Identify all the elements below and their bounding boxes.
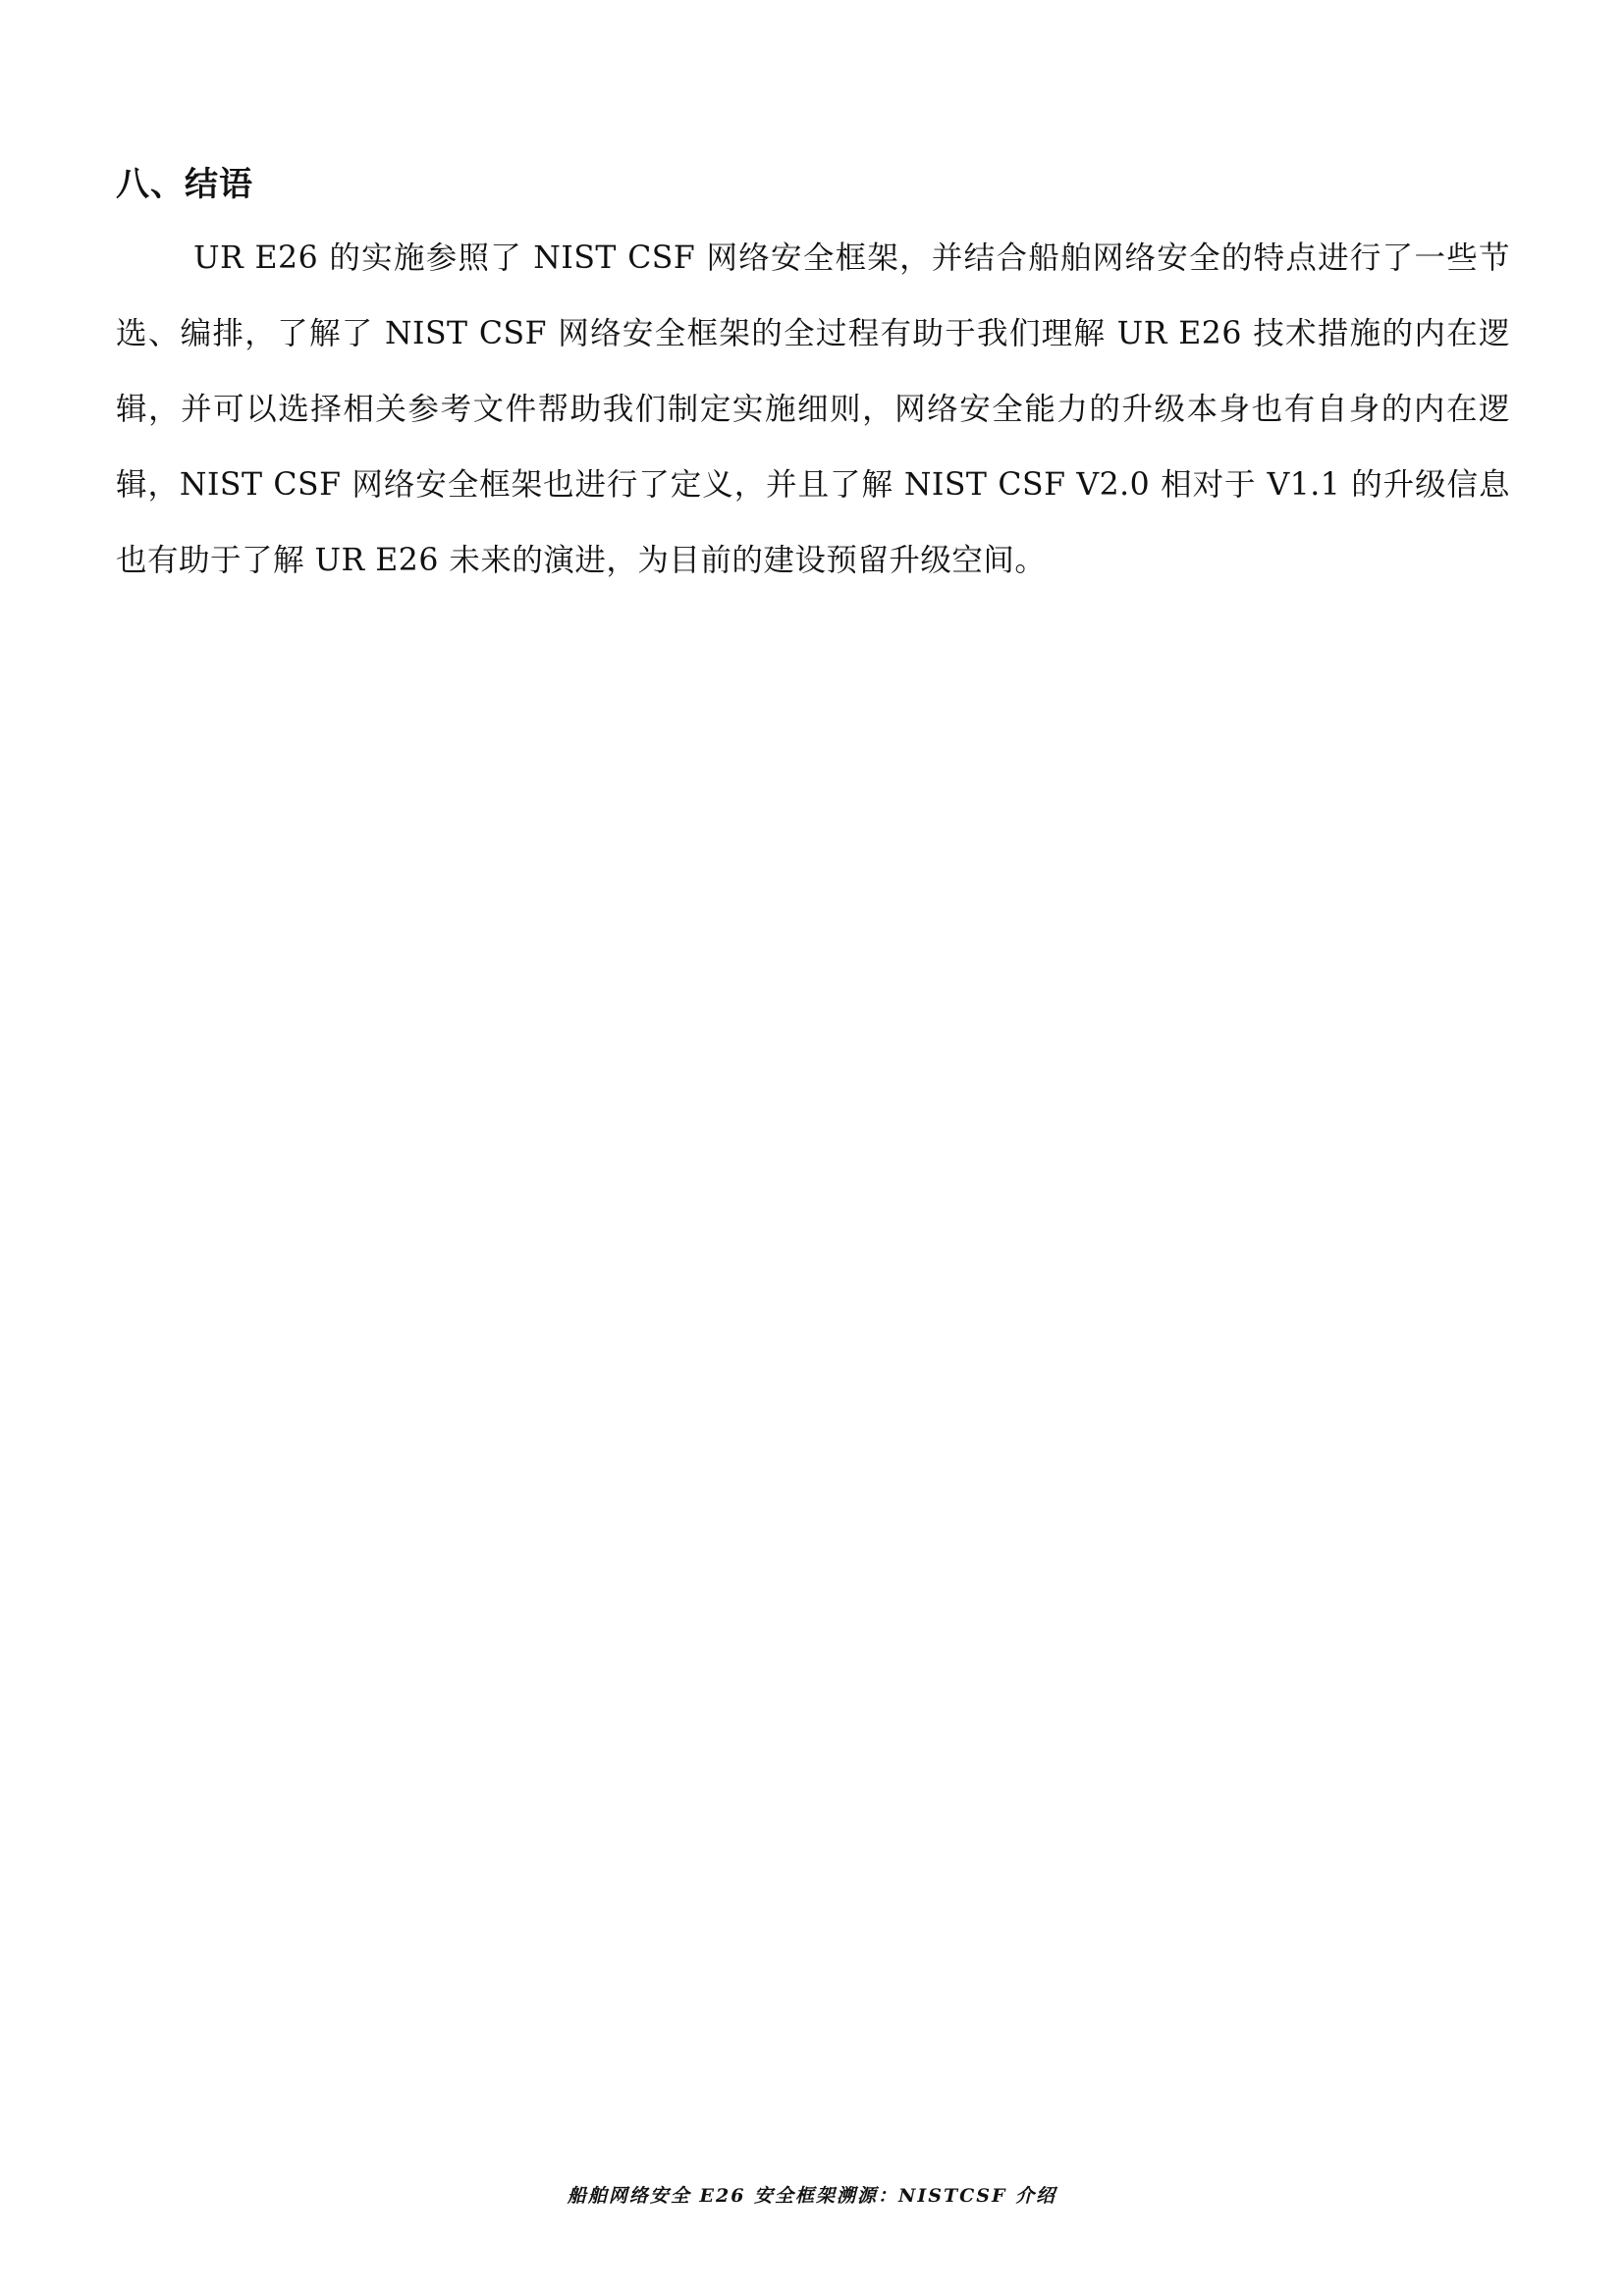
conclusion-paragraph: UR E26 的实施参照了 NIST CSF 网络安全框架，并结合船舶网络安全的… [116,221,1510,599]
section-heading: 八、结语 [116,157,253,205]
page-footer: 船舶网络安全 E26 安全框架溯源：NISTCSF 介绍 [0,2181,1624,2208]
document-page: 八、结语 UR E26 的实施参照了 NIST CSF 网络安全框架，并结合船舶… [0,0,1624,2296]
